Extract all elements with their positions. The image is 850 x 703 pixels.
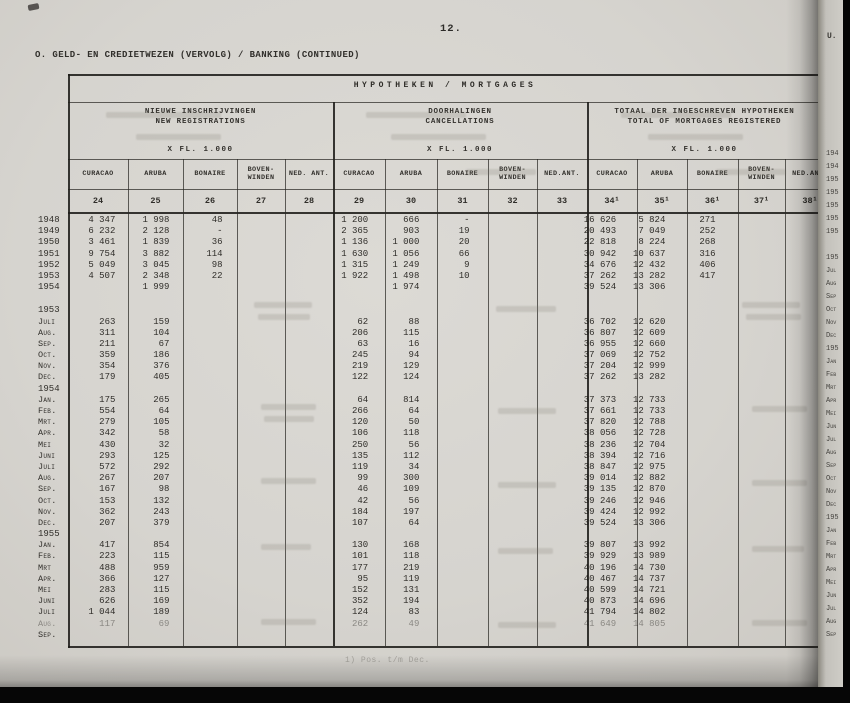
data-cell: 1 998 [126,215,180,226]
row-label: 1951 [36,249,67,260]
data-cell: 159 [126,317,180,328]
group-unit: X FL. 1.000 [587,146,822,154]
data-cell: 42 [328,496,379,507]
data-cell: 1 974 [379,282,430,293]
table-rule-vertical [385,159,386,646]
table-row: Sep.167984610939 13512 870 [36,484,822,495]
table-row: Aug.117692624941 64914 805 [36,619,822,630]
data-cell: 1 999 [126,282,180,293]
bleedthrough-artifact [752,620,807,626]
data-cell: 37 373 [578,395,627,406]
data-cell: 197 [379,507,430,518]
data-cell: 223 [67,551,126,562]
table-row: Nov.36224318419739 42412 992 [36,507,822,518]
data-cell: 417 [67,540,126,551]
footnote: 1) Pos. t/m Dec. [345,656,430,665]
row-label: Sep. [36,630,67,641]
data-cell: 98 [180,260,233,271]
data-cell: 107 [328,518,379,529]
group-unit: X FL. 1.000 [68,146,333,154]
data-cell: 417 [676,271,726,282]
next-page-row-label: Nov [826,319,836,327]
row-label: Aug. [36,473,67,484]
territory-header: ARUBA [385,159,437,189]
data-cell: 38 394 [578,451,627,462]
data-cell: 104 [126,328,180,339]
table-row: Juni62616935219440 87314 696 [36,596,822,607]
table-row: Sep. [36,630,822,641]
data-cell: 12 660 [627,339,676,350]
data-cell: 189 [126,607,180,618]
data-cell: 219 [379,563,430,574]
row-label: Apr. [36,574,67,585]
territory-header: NED.ANT. [785,159,822,189]
table-row: Dec.17940512212437 26213 282 [36,372,822,383]
data-cell: 125 [126,451,180,462]
data-cell: 39 424 [578,507,627,518]
row-label: 1950 [36,237,67,248]
data-cell: 36 955 [578,339,627,350]
bleedthrough-artifact [498,408,556,414]
table-rule-vertical [333,102,335,646]
table-rule-horizontal [68,74,822,76]
data-cell: 30 942 [578,249,627,260]
next-page-row-label: 195 [826,202,839,210]
table-row: Juli5722921193438 84712 975 [36,462,822,473]
column-number: 28 [285,189,333,212]
data-cell: 115 [126,585,180,596]
next-page-row-label: Sep [826,631,836,639]
next-page-row-label: Mei [826,410,836,418]
data-cell: 1 200 [328,215,379,226]
data-cell: 1 630 [328,249,379,260]
data-cell: 94 [379,350,430,361]
data-cell: 12 999 [627,361,676,372]
row-label: Juni [36,451,67,462]
data-cell: 112 [379,451,430,462]
data-cell: 12 704 [627,440,676,451]
scan-border-right [843,0,850,703]
data-cell: 179 [67,372,126,383]
data-cell: 46 [328,484,379,495]
data-cell: 376 [126,361,180,372]
next-page-row-label: Apr [826,397,836,405]
table-rule-vertical [128,159,129,646]
next-page-row-label: Aug [826,618,836,626]
table-row: Juli1 0441891248341 79414 802 [36,607,822,618]
data-cell: 4 347 [67,215,126,226]
scan-border-bottom [0,687,850,703]
data-cell: 1 498 [379,271,430,282]
column-number: 30 [385,189,437,212]
column-number: 35¹ [637,189,687,212]
next-page-row-label: Jun [826,592,836,600]
row-label: Oct. [36,496,67,507]
data-cell: 219 [328,361,379,372]
next-page-row-label: 195 [826,228,839,236]
data-cell: 106 [328,428,379,439]
row-label: Sep. [36,484,67,495]
data-cell: 292 [126,462,180,473]
table-rule-vertical [637,159,638,646]
table-rule-vertical [738,159,739,646]
data-cell: 12 788 [627,417,676,428]
data-cell: 62 [328,317,379,328]
territory-header: BOVEN- WINDEN [237,159,285,189]
next-page-row-label: Feb [826,371,836,379]
page-number: 12. [440,23,462,35]
data-cell: 362 [67,507,126,518]
data-cell: 211 [67,339,126,350]
data-cell: 3 461 [67,237,126,248]
data-cell: 39 929 [578,551,627,562]
next-page-row-label: Mrt [826,384,836,392]
bleedthrough-artifact [264,416,314,422]
data-cell: 69 [126,619,180,630]
data-cell: 95 [328,574,379,585]
column-number: 32 [488,189,537,212]
data-cell: 127 [126,574,180,585]
row-label: 1953 [36,271,67,282]
row-label: Feb. [36,551,67,562]
territory-row: CURACAOARUBABONAIREBOVEN- WINDENNED. ANT… [68,159,822,189]
data-cell: - [180,226,233,237]
group-header-total-registered: TOTAAL DER INGESCHREVEN HYPOTHEKEN TOTAL… [587,102,822,159]
row-label: Mrt. [36,417,67,428]
scanned-page: 12. O. GELD- EN CREDIETWEZEN (VERVOLG) /… [0,0,846,691]
data-cell: 64 [126,406,180,417]
next-page-row-label: Aug [826,280,836,288]
data-cell: 101 [328,551,379,562]
row-label: Aug. [36,328,67,339]
data-cell: 359 [67,350,126,361]
data-cell: 1 315 [328,260,379,271]
data-cell: 118 [379,428,430,439]
data-cell: 22 818 [578,237,627,248]
data-cell: 98 [126,484,180,495]
next-page-row-label: Jul [826,436,836,444]
row-label: Feb. [36,406,67,417]
data-cell: 243 [126,507,180,518]
data-cell: 293 [67,451,126,462]
data-cell: 38 056 [578,428,627,439]
data-cell: 13 989 [627,551,676,562]
data-cell: 34 [379,462,430,473]
column-number: 29 [333,189,385,212]
next-page-row-label: Jul [826,267,836,275]
territory-header: NED.ANT. [537,159,587,189]
row-label: Jan. [36,395,67,406]
data-cell: 903 [379,226,430,237]
data-cell: 50 [379,417,430,428]
next-page-row-label: Dec [826,332,836,340]
row-label: Oct. [36,350,67,361]
data-cell: 3 045 [126,260,180,271]
data-cell: 12 992 [627,507,676,518]
data-cell: 1 044 [67,607,126,618]
data-cell: 207 [126,473,180,484]
column-number: 26 [183,189,237,212]
group-header-new-registrations: NIEUWE INSCHRIJVINGEN NEW REGISTRATIONS … [68,102,333,159]
data-cell: 267 [67,473,126,484]
table-row: 19519 7543 8821141 6301 0566630 94210 63… [36,249,822,260]
column-number: 27 [237,189,285,212]
data-cell: 131 [379,585,430,596]
data-cell: 7 049 [627,226,676,237]
table-row: 19525 0493 045981 3151 249934 67612 4324… [36,260,822,271]
next-page-row-label: Jul [826,605,836,613]
table-row: 19534 5072 348221 9221 4981037 26213 282… [36,271,822,282]
table-row: Oct.3591862459437 06912 752 [36,350,822,361]
table-rule-horizontal [68,102,822,103]
data-cell: 430 [67,440,126,451]
next-page-row-label: 195 [826,215,839,223]
territory-header: NED. ANT. [285,159,333,189]
data-cell: 124 [328,607,379,618]
bleedthrough-artifact [254,302,312,308]
table-row: Nov.35437621912937 20412 999 [36,361,822,372]
column-number: 25 [128,189,183,212]
territory-header: ARUBA [637,159,687,189]
section-row: 1953 [36,305,822,316]
data-cell: 405 [126,372,180,383]
table-row: 19541 9991 97439 52413 306 [36,282,822,293]
data-cell: 1 839 [126,237,180,248]
next-page-row-label: 195 [826,189,839,197]
data-cell: 16 [379,339,430,350]
bleedthrough-artifact [752,546,804,552]
data-cell: 177 [328,563,379,574]
row-label: Jan. [36,540,67,551]
column-number: 36¹ [687,189,738,212]
column-number: 38¹ [785,189,822,212]
row-label: Sep. [36,339,67,350]
table-row: Mrt48895917721940 19614 730 [36,563,822,574]
data-cell: 37 262 [578,271,627,282]
data-cell: 37 069 [578,350,627,361]
table-row: Apr.3425810611838 05612 728 [36,428,822,439]
data-cell: 6 232 [67,226,126,237]
row-label: Juli [36,462,67,473]
data-cell: 39 135 [578,484,627,495]
territory-header: ARUBA [128,159,183,189]
next-page-row-label: Apr [826,566,836,574]
data-cell: 129 [379,361,430,372]
bleedthrough-artifact [261,619,316,625]
bleedthrough-artifact [136,134,221,140]
next-page-row-label: 195 [826,176,839,184]
data-cell: 311 [67,328,126,339]
data-cell: 109 [379,484,430,495]
bleedthrough-artifact [106,112,221,118]
table-rows: 19484 3471 998481 200666-16 6265 8242711… [36,212,822,649]
data-cell: 14 696 [627,596,676,607]
table-row: Sep.21167631636 95512 660 [36,339,822,350]
section-row: 1955 [36,529,822,540]
data-cell: 120 [328,417,379,428]
table-rule-vertical [237,159,238,646]
table-row: Feb.554642666437 66112 733 [36,406,822,417]
next-page-row-label: Mrt [826,553,836,561]
next-page-row-label: 195 [826,345,839,353]
data-cell: 9 754 [67,249,126,260]
next-page-row-label: Sep [826,462,836,470]
data-cell: 554 [67,406,126,417]
next-page-row-label: Jun [826,423,836,431]
data-cell: 34 676 [578,260,627,271]
data-cell: 49 [379,619,430,630]
row-label: Mrt [36,563,67,574]
row-label: Juli [36,607,67,618]
data-cell: 36 702 [578,317,627,328]
row-label: Juni [36,596,67,607]
data-cell: 36 807 [578,328,627,339]
data-cell: 265 [126,395,180,406]
row-label: 1954 [36,384,68,395]
row-label: 1955 [36,529,68,540]
data-cell: 56 [379,440,430,451]
data-cell: 352 [328,596,379,607]
bleedthrough-artifact [466,169,536,175]
data-cell: 4 507 [67,271,126,282]
data-cell: 1 922 [328,271,379,282]
data-cell: 13 306 [627,518,676,529]
data-cell: 175 [67,395,126,406]
table-rule-vertical [68,74,70,648]
data-cell: 115 [379,328,430,339]
data-cell: 41 794 [578,607,627,618]
column-number: 37¹ [738,189,785,212]
row-label: Dec. [36,518,67,529]
table-rule-horizontal [68,646,822,648]
data-cell: 2 365 [328,226,379,237]
data-cell: 14 802 [627,607,676,618]
row-label: Nov. [36,361,67,372]
data-cell: 14 737 [627,574,676,585]
bleedthrough-artifact [261,544,311,550]
data-cell: 40 196 [578,563,627,574]
table-rule-vertical [437,159,438,646]
next-page-row-label: 194 [826,150,839,158]
data-cell: 207 [67,518,126,529]
bleedthrough-artifact [752,406,807,412]
data-cell: 12 975 [627,462,676,473]
table-row: Juli263159628836 70212 620 [36,317,822,328]
data-cell: 40 873 [578,596,627,607]
data-cell: 38 236 [578,440,627,451]
data-cell: 13 306 [627,282,676,293]
numbers-row: 2425262728293031323334¹35¹36¹37¹38¹ [68,189,822,212]
data-cell: 169 [126,596,180,607]
table-row: 19503 4611 839361 1361 0002022 8188 2242… [36,237,822,248]
table-rule-horizontal [68,159,822,160]
data-cell: 2 348 [126,271,180,282]
data-cell: 626 [67,596,126,607]
data-cell: 245 [328,350,379,361]
data-cell: 153 [67,496,126,507]
data-cell: 37 262 [578,372,627,383]
bleedthrough-artifact [752,480,807,486]
next-page-row-label: Oct [826,306,836,314]
data-cell: 152 [328,585,379,596]
table-rule-horizontal [68,212,822,214]
data-cell: 12 728 [627,428,676,439]
row-label: Nov. [36,507,67,518]
data-cell: 114 [180,249,233,260]
bleedthrough-artifact [621,112,731,118]
row-label: 1949 [36,226,67,237]
next-page-row-label: Feb [826,540,836,548]
data-cell: 40 467 [578,574,627,585]
data-cell: 13 282 [627,271,676,282]
row-label: Apr. [36,428,67,439]
data-cell: 118 [379,551,430,562]
data-cell: 119 [379,574,430,585]
next-page-row-label: Dec [826,501,836,509]
data-cell: 572 [67,462,126,473]
group-header-cancellations: DOORHALINGEN CANCELLATIONS X FL. 1.000 [333,102,587,159]
next-page-row-label: Jan [826,358,836,366]
next-page-row-label: Jan [826,527,836,535]
next-page-edge: U. 194194195195195195195195JulAugSepOctN… [818,0,846,691]
data-cell: 64 [379,518,430,529]
table-rule-vertical [687,159,688,646]
data-cell: 194 [379,596,430,607]
data-cell: 354 [67,361,126,372]
data-cell: 186 [126,350,180,361]
data-cell: 10 637 [627,249,676,260]
table-rule-vertical [183,159,184,646]
bleedthrough-artifact [366,112,466,118]
data-cell: 39 246 [578,496,627,507]
data-cell: 99 [328,473,379,484]
data-cell: 22 [180,271,233,282]
data-cell: 38 847 [578,462,627,473]
table-main-header: HYPOTHEKEN / MORTGAGES [68,81,822,90]
table-rule-vertical [285,159,286,646]
section-title: O. GELD- EN CREDIETWEZEN (VERVOLG) / BAN… [35,50,360,60]
column-number: 24 [68,189,128,212]
bleedthrough-artifact [498,622,556,628]
row-label: Aug. [36,619,67,630]
data-cell: 13 992 [627,540,676,551]
group-unit: X FL. 1.000 [333,146,587,154]
data-cell: 3 882 [126,249,180,260]
row-label: Juli [36,317,67,328]
data-cell: 37 661 [578,406,627,417]
data-cell: 32 [126,440,180,451]
row-label: 1954 [36,282,67,293]
data-cell: 5 824 [627,215,676,226]
scan-speckle [27,3,39,11]
table-row: Jan.41785413016839 80713 992 [36,540,822,551]
column-number: 31 [437,189,488,212]
table-row: 19484 3471 998481 200666-16 6265 824271 [36,215,822,226]
bleedthrough-artifact [258,314,310,320]
bleedthrough-artifact [498,482,556,488]
data-cell: 666 [379,215,430,226]
territory-header: CURACAO [68,159,128,189]
data-cell: 814 [379,395,430,406]
data-cell: 13 282 [627,372,676,383]
data-cell: 119 [328,462,379,473]
table-row: Oct.153132425639 24612 946 [36,496,822,507]
row-label: Dec. [36,372,67,383]
data-cell: 124 [379,372,430,383]
data-cell: 88 [379,317,430,328]
data-cell: 122 [328,372,379,383]
row-spacer [36,293,822,305]
